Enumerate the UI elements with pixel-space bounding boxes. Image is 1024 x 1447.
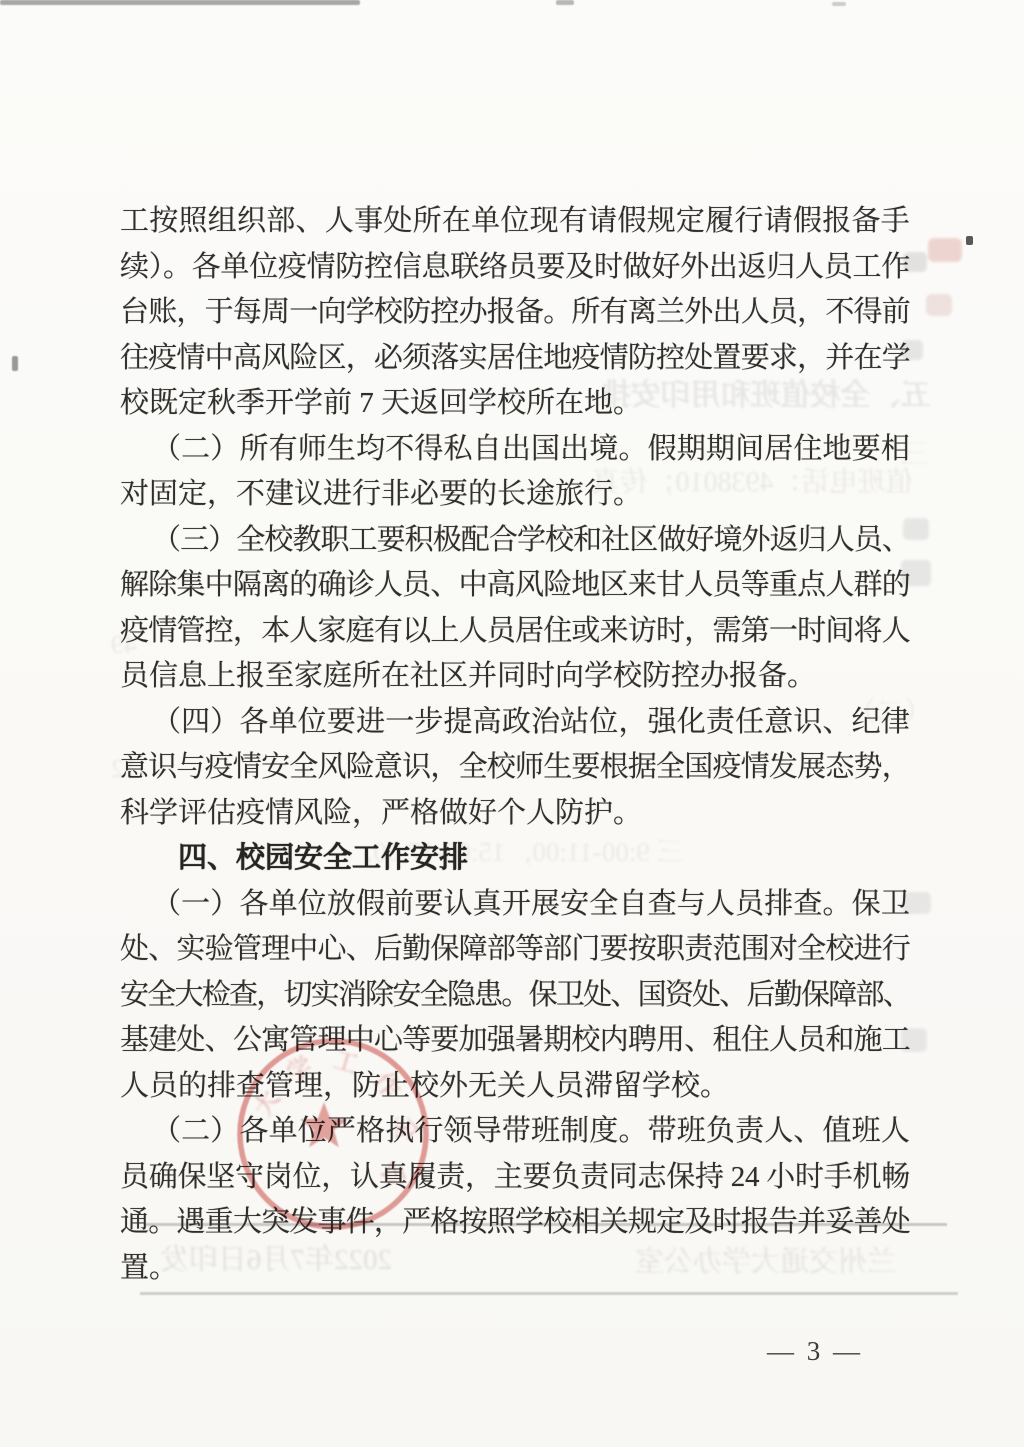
- text-line: （四）各单位要进一步提高政治站位，强化责任意识、纪律: [120, 700, 910, 746]
- text-line: （二）所有师生均不得私自出国出境。假期期间居住地要相: [120, 427, 910, 473]
- text-line: （三）全校教职工要积极配合学校和社区做好境外返归人员、: [120, 518, 910, 564]
- scan-speck: [928, 238, 962, 262]
- scan-speck: [12, 356, 18, 371]
- page-background: 五、全校值班和用印安排值班电话：4938010；传真三49（二）12三 9:00…: [0, 0, 1024, 1447]
- text-line: 意识与疫情安全风险意识，全校师生要根据全国疫情发展态势，: [120, 745, 910, 791]
- text-line: 校既定秋季开学前 7 天返回学校所在地。: [120, 381, 910, 427]
- scan-speck: [966, 236, 973, 245]
- text-line: 科学评估疫情风险，严格做好个人防护。: [120, 791, 910, 837]
- text-line: 置。: [120, 1246, 910, 1292]
- scan-speck: [926, 294, 952, 316]
- text-line: 台账，于每周一向学校防控办报备。所有离兰外出人员，不得前: [120, 290, 910, 336]
- scan-speck: [832, 2, 846, 6]
- scan-speck: [556, 0, 574, 5]
- text-line: 对固定，不建议进行非必要的长途旅行。: [120, 472, 910, 518]
- page-number: — 3 —: [760, 1336, 870, 1367]
- text-line: （一）各单位放假前要认真开展安全自查与人员排查。保卫: [120, 882, 910, 928]
- text-line: 解除集中隔离的确诊人员、中高风险地区来甘人员等重点人群的: [120, 563, 910, 609]
- text-line: 通。遇重大突发事件，严格按照学校相关规定及时报告并妥善处: [120, 1200, 910, 1246]
- text-line: （二）各单位严格执行领导带班制度。带班负责人、值班人: [120, 1109, 910, 1155]
- text-line: 续）。各单位疫情防控信息联络员要及时做好外出返归人员工作: [120, 245, 910, 291]
- text-line: 员确保坚守岗位，认真履责，主要负责同志保持 24 小时手机畅: [120, 1155, 910, 1201]
- text-line: 工按照组织部、人事处所在单位现有请假规定履行请假报备手: [120, 199, 910, 245]
- text-line: 人员的排查管理，防止校外无关人员滞留学校。: [120, 1064, 910, 1110]
- text-line: 安全大检查，切实消除安全隐患。保卫处、国资处、后勤保障部、: [120, 973, 910, 1019]
- text-line: 基建处、公寓管理中心等要加强暑期校内聘用、租住人员和施工: [120, 1018, 910, 1064]
- document-body-text: 工按照组织部、人事处所在单位现有请假规定履行请假报备手续）。各单位疫情防控信息联…: [120, 199, 910, 1291]
- text-line: 员信息上报至家庭所在社区并同时向学校防控办报备。: [120, 654, 910, 700]
- scan-speck: [0, 0, 360, 5]
- text-line: 处、实验管理中心、后勤保障部等部门要按职责范围对全校进行: [120, 927, 910, 973]
- scanned-document-page: { "page": { "page_number": "— 3 —", "bac…: [0, 0, 1024, 1447]
- scan-speck: [140, 1292, 958, 1295]
- text-line: 疫情管控，本人家庭有以上人员居住或来访时，需第一时间将人: [120, 609, 910, 655]
- section-heading: 四、校园安全工作安排: [120, 836, 910, 882]
- text-line: 往疫情中高风险区，必须落实居住地疫情防控处置要求，并在学: [120, 336, 910, 382]
